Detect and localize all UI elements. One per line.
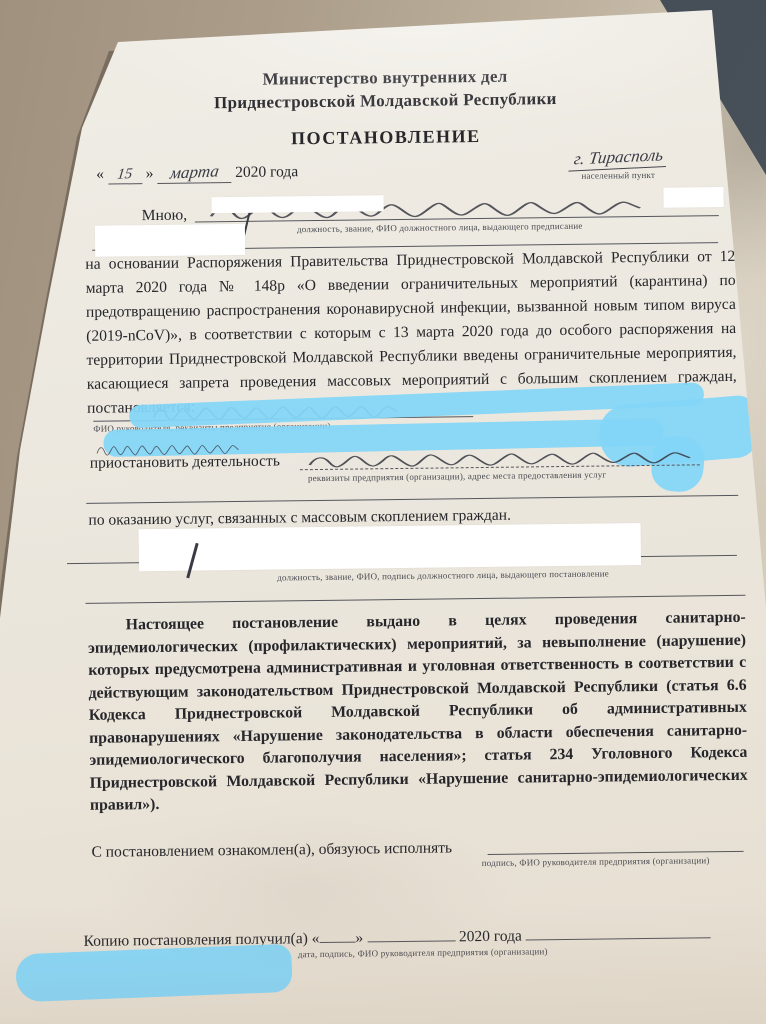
ministry-name-line2: Приднестровской Молдавской Республики <box>65 87 705 115</box>
acknowledge-caption: подпись, ФИО руководителя предприятия (о… <box>482 855 710 868</box>
quote-open-2: « <box>312 930 320 947</box>
document-content: Министерство внутренних дел Приднестровс… <box>0 0 766 1024</box>
separator-line-2 <box>85 595 745 604</box>
copy-month-blank <box>367 940 455 942</box>
acknowledge-label: С постановлением ознакомлен(а), обязуюсь… <box>91 839 452 861</box>
place-block: г. Тирасполь населенный пункт <box>562 147 674 181</box>
document-page: Министерство внутренних дел Приднестровс… <box>0 0 766 1024</box>
suspend-label: приостановить деятельность <box>90 452 280 472</box>
quote-close: » <box>146 165 154 182</box>
quote-open: « <box>96 166 104 183</box>
handwritten-day: 15 <box>116 166 133 184</box>
day-blank: 15 <box>108 165 142 184</box>
issuer-label: Мною, <box>142 207 188 226</box>
redaction-white-4 <box>139 523 641 571</box>
illegible-handwriting-suspend <box>306 448 696 470</box>
redaction-white-2 <box>663 187 723 208</box>
handwritten-month: марта <box>169 161 220 183</box>
suspend-caption: реквизиты предприятия (организации), адр… <box>308 469 607 483</box>
issuer-caption: должность, звание, ФИО должностного лица… <box>297 221 583 234</box>
handwritten-place: г. Тирасполь <box>568 145 668 172</box>
separator-line-1 <box>86 495 738 504</box>
copy-signature-blank <box>526 937 711 940</box>
photo-of-document: Министерство внутренних дел Приднестровс… <box>0 0 766 1024</box>
month-blank: марта <box>157 162 231 184</box>
place-caption: населенный пункт <box>562 170 674 181</box>
official-caption: должность, звание, ФИО, подпись должност… <box>277 568 609 582</box>
copy-day-blank <box>320 942 356 943</box>
date-line: « 15 » марта 2020 года <box>96 161 298 184</box>
redaction-white-1 <box>212 195 384 213</box>
redaction-highlight-5 <box>15 944 293 1003</box>
year-printed: 2020 года <box>235 163 298 181</box>
quote-close-2: » <box>355 929 363 946</box>
legal-paragraph: Настоящее постановление выдано в целях п… <box>88 607 748 818</box>
copy-received-caption: дата, подпись, ФИО руководителя предприя… <box>298 946 548 959</box>
copy-year: 2020 года <box>459 928 522 946</box>
copy-received-line: Копию постановления получил(а) «» 2020 г… <box>84 925 711 951</box>
